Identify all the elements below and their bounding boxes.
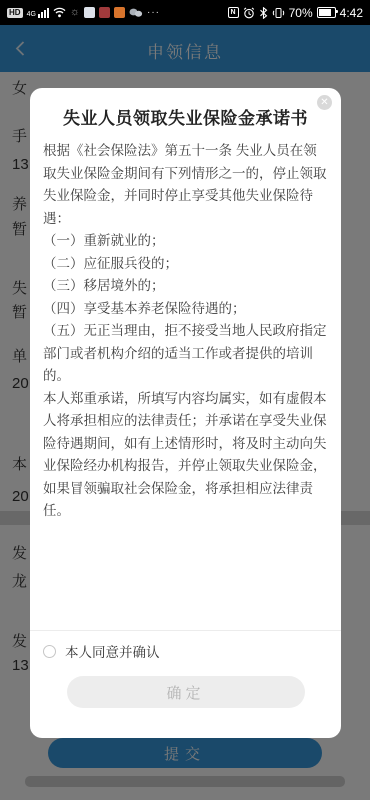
modal-list-item: （二）应征服兵役的； [43, 253, 328, 276]
notification-app-icon-1 [84, 7, 95, 18]
notification-app-icon-2 [99, 7, 110, 18]
modal-commitment-paragraph: 本人郑重承诺，所填写内容均属实，如有虚假本人将承担相应的法律责任；并承诺在享受失… [43, 388, 328, 523]
battery-percent-label: 70% [289, 7, 313, 19]
modal-divider [30, 630, 341, 631]
wifi-icon [53, 7, 66, 18]
modal-list-item: （三）移居境外的； [43, 275, 328, 298]
brightness-icon: ☼ [70, 7, 80, 18]
modal-list-item: （五）无正当理由，拒不接受当地人民政府指定部门或者机构介绍的适当工作或者提供的培… [43, 320, 328, 388]
agree-row[interactable]: 本人同意并确认 [43, 641, 160, 661]
network-type-label: 4G [27, 11, 36, 18]
nfc-icon [228, 7, 239, 18]
modal-title: 失业人员领取失业保险金承诺书 [42, 104, 329, 129]
status-bar: HD 4G ☼ ··· [0, 0, 370, 25]
close-icon[interactable] [317, 95, 332, 110]
commitment-modal: 失业人员领取失业保险金承诺书 根据《社会保险法》第五十一条 失业人员在领取失业保… [30, 88, 341, 738]
more-notifications-icon: ··· [147, 8, 160, 18]
phone-screen: HD 4G ☼ ··· [0, 0, 370, 800]
vibrate-icon [272, 7, 285, 19]
signal-bars-icon [38, 8, 49, 18]
confirm-button[interactable]: 确定 [67, 676, 305, 708]
agree-radio-unchecked[interactable] [43, 645, 56, 658]
chat-app-icon [129, 8, 143, 18]
notification-app-icon-3 [114, 7, 125, 18]
signal-4g-icon: 4G [27, 8, 49, 18]
clock-time: 4:42 [340, 7, 363, 19]
agree-label: 本人同意并确认 [65, 641, 160, 661]
alarm-icon [243, 7, 255, 19]
status-bar-right: 70% 4:42 [228, 7, 363, 19]
modal-list-item: （四）享受基本养老保险待遇的； [43, 298, 328, 321]
bluetooth-icon [259, 7, 268, 19]
modal-list-item: （一）重新就业的； [43, 230, 328, 253]
modal-intro-paragraph: 根据《社会保险法》第五十一条 失业人员在领取失业保险金期间有下列情形之一的，停止… [43, 140, 328, 230]
hd-badge-icon: HD [7, 8, 23, 18]
modal-body: 根据《社会保险法》第五十一条 失业人员在领取失业保险金期间有下列情形之一的，停止… [43, 140, 328, 523]
status-bar-left: HD 4G ☼ ··· [7, 7, 160, 18]
battery-icon [317, 7, 336, 18]
